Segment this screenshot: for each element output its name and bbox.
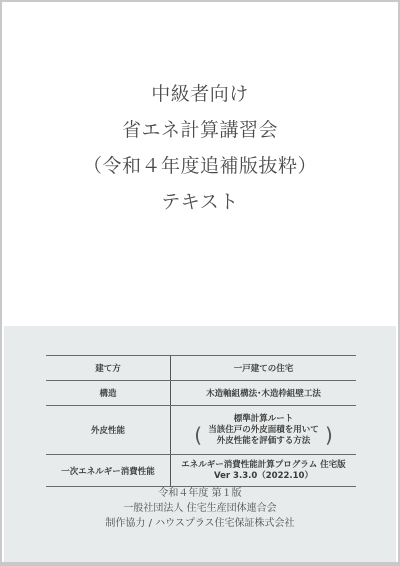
value-line: エネルギー消費性能計算プログラム 住宅版: [173, 460, 354, 471]
row-value: エネルギー消費性能計算プログラム 住宅版 Ver 3.3.0（2022.10）: [171, 455, 357, 487]
publisher-text: 一般社団法人 住宅生産団体連合会: [4, 501, 396, 516]
value-line: Ver 3.3.0（2022.10）: [173, 471, 354, 482]
row-label: 外皮性能: [46, 406, 171, 455]
title-line-1: 中級者向け: [2, 76, 398, 112]
title-line-3: （令和４年度追補版抜粋）: [2, 148, 398, 184]
value-line: 外皮性能を評価する方法: [208, 436, 319, 447]
edition-text: 令和４年度 第１版: [4, 486, 396, 501]
bracketed-note: ( 当該住戸の外皮面積を用いて 外皮性能を評価する方法 ): [194, 425, 333, 447]
info-panel: 建て方 一戸建ての住宅 構造 木造軸組構法･木造枠組壁工法 外皮性能 標準計算ル…: [4, 326, 396, 562]
row-label: 構造: [46, 381, 171, 406]
value-line: 当該住戸の外皮面積を用いて: [208, 425, 319, 436]
spec-table: 建て方 一戸建ての住宅 構造 木造軸組構法･木造枠組壁工法 外皮性能 標準計算ル…: [46, 355, 356, 487]
table-row: 建て方 一戸建ての住宅: [46, 356, 356, 381]
row-value: 標準計算ルート ( 当該住戸の外皮面積を用いて 外皮性能を評価する方法 ): [171, 406, 357, 455]
row-label: 一次エネルギー消費性能: [46, 455, 171, 487]
table-row: 構造 木造軸組構法･木造枠組壁工法: [46, 381, 356, 406]
row-label: 建て方: [46, 356, 171, 381]
document-page: 中級者向け 省エネ計算講習会 （令和４年度追補版抜粋） テキスト 建て方 一戸建…: [2, 2, 398, 562]
colophon: 令和４年度 第１版 一般社団法人 住宅生産団体連合会 制作協力 / ハウスプラス…: [4, 486, 396, 531]
title-line-4: テキスト: [2, 184, 398, 220]
row-value: 一戸建ての住宅: [171, 356, 357, 381]
left-paren-icon: (: [194, 422, 202, 448]
row-value: 木造軸組構法･木造枠組壁工法: [171, 381, 357, 406]
cooperation-text: 制作協力 / ハウスプラス住宅保証株式会社: [4, 516, 396, 531]
table-row: 外皮性能 標準計算ルート ( 当該住戸の外皮面積を用いて 外皮性能を評価する方法…: [46, 406, 356, 455]
title-line-2: 省エネ計算講習会: [2, 112, 398, 148]
right-paren-icon: ): [325, 422, 333, 448]
table-row: 一次エネルギー消費性能 エネルギー消費性能計算プログラム 住宅版 Ver 3.3…: [46, 455, 356, 487]
document-title: 中級者向け 省エネ計算講習会 （令和４年度追補版抜粋） テキスト: [2, 76, 398, 220]
